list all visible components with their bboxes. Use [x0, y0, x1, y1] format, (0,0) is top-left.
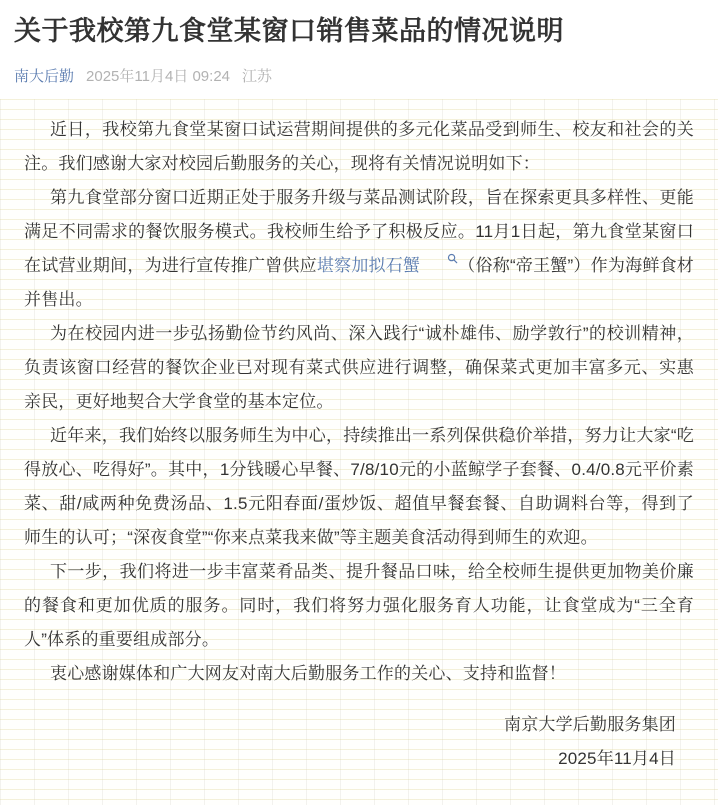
author-link[interactable]: 南大后勤: [14, 65, 74, 86]
crab-topic-link[interactable]: 堪察加拟石蟹: [317, 256, 458, 275]
page: 关于我校第九食堂某窗口销售菜品的情况说明 南大后勤 2025年11月4日 09:…: [0, 0, 718, 806]
paragraph-price-measures: 近年来，我们始终以服务师生为中心，持续推出一系列保供稳价举措，努力让大家“吃得放…: [24, 419, 694, 555]
post-timestamp: 2025年11月4日 09:24: [86, 65, 230, 86]
post-meta: 南大后勤 2025年11月4日 09:24 江苏: [14, 65, 704, 86]
article-title: 关于我校第九食堂某窗口销售菜品的情况说明: [14, 14, 704, 48]
paragraph-next-steps: 下一步，我们将进一步丰富菜肴品类、提升餐品口味，给全校师生提供更加物美价廉的餐食…: [24, 555, 694, 657]
paragraph-window-status: 第九食堂部分窗口近期正处于服务升级与菜品测试阶段，旨在探索更具多样性、更能满足不…: [24, 181, 694, 317]
article-body: 近日，我校第九食堂某窗口试运营期间提供的多元化菜品受到师生、校友和社会的关注。我…: [0, 99, 718, 805]
paragraph-thanks: 衷心感谢媒体和广大网友对南大后勤服务工作的关心、支持和监督！: [24, 657, 694, 691]
article-header: 关于我校第九食堂某窗口销售菜品的情况说明 南大后勤 2025年11月4日 09:…: [0, 0, 718, 86]
post-location: 江苏: [242, 65, 272, 86]
signature-block: 南京大学后勤服务集团 2025年11月4日: [24, 708, 694, 776]
crab-topic-link-label: 堪察加拟石蟹: [317, 256, 420, 275]
paragraph-intro: 近日，我校第九食堂某窗口试运营期间提供的多元化菜品受到师生、校友和社会的关注。我…: [24, 113, 694, 181]
search-icon: [421, 253, 458, 264]
signature-organization: 南京大学后勤服务集团: [24, 708, 676, 742]
paragraph-adjustment: 为在校园内进一步弘扬勤俭节约风尚、深入践行“诚朴雄伟、励学敦行”的校训精神，负责…: [24, 317, 694, 419]
signature-date: 2025年11月4日: [24, 742, 676, 776]
